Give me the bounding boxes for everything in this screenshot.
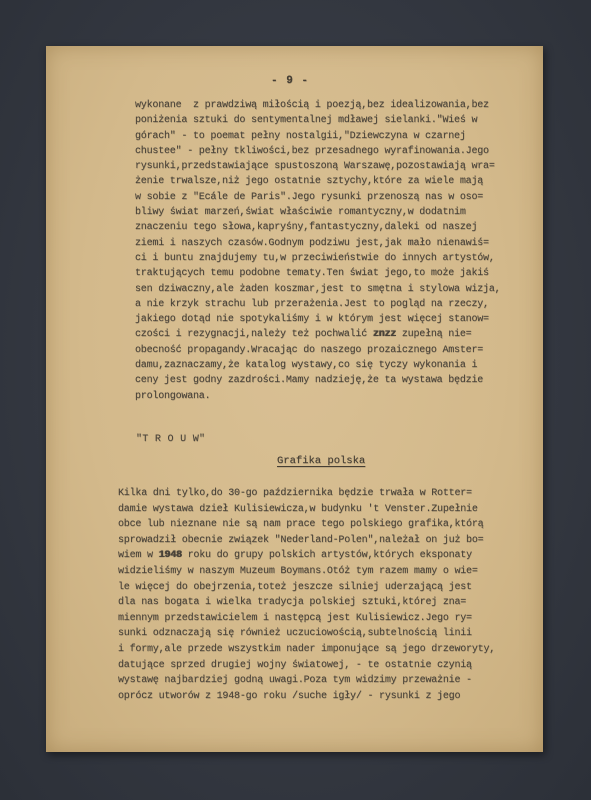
source-label: "T R O U W" <box>136 434 205 445</box>
text-line: jakiego dotąd nie spotykaliśmy i w który… <box>135 312 520 327</box>
text-line: znaczeniu tego słowa,kapryśny,fantastycz… <box>135 220 520 235</box>
text-line: ceny jest godny zazdrości.Mamy nadzieję,… <box>135 373 520 388</box>
text-line: bliwy świat marzeń,świat właściwie roman… <box>135 205 520 220</box>
text-line: datujące sprzed drugiej wojny światowej,… <box>118 658 530 674</box>
text-line: sprowadził obecnie związek "Nederland-Po… <box>118 533 530 549</box>
text-line: i formy,ale przede wszystkim nader impon… <box>118 642 530 658</box>
section-heading: Grafika polska <box>277 455 365 467</box>
text-line: wykonane z prawdziwą miłością i poezją,b… <box>135 98 520 113</box>
page-number: - 9 - <box>271 75 309 87</box>
text-line: ci i buntu znajdujemy tu,w przeciwieństw… <box>135 251 520 266</box>
text-line: sen dziwaczny,ale żaden koszmar,jest to … <box>135 282 520 297</box>
text-line: rysunki,przedstawiające spustoszoną Wars… <box>135 159 520 174</box>
text-line: ziemi i naszych czasów.Godnym podziwu je… <box>135 236 520 251</box>
text-line: górach" - to poemat pełny nostalgii,"Dzi… <box>135 129 520 144</box>
article-1: wykonane z prawdziwą miłością i poezją,b… <box>135 98 520 404</box>
text-line: chustee" - pełny tkliwości,bez przesadne… <box>135 144 520 159</box>
text-line: a nie krzyk strachu lub przerażenia.Jest… <box>135 297 520 312</box>
text-line: traktujących temu podobne tematy.Ten świ… <box>135 266 520 281</box>
text-line: wiem w 1948 roku do grupy polskich artys… <box>118 548 530 564</box>
text-line: miennym przedstawicielem i następcą jest… <box>118 611 530 627</box>
text-line: widzieliśmy w naszym Muzeum Boymans.Otóż… <box>118 564 530 580</box>
text-line: poniżenia sztuki do sentymentalnej mdław… <box>135 113 520 128</box>
photo-background: - 9 - wykonane z prawdziwą miłością i po… <box>0 0 591 800</box>
text-line: sunki odznaczają się również uczuciowośc… <box>118 626 530 642</box>
text-line: damu,zaznaczamy,że katalog wystawy,co si… <box>135 358 520 373</box>
scanned-page: - 9 - wykonane z prawdziwą miłością i po… <box>46 46 543 752</box>
text-line: w sobie z "Ecále de Paris".Jego rysunki … <box>135 190 520 205</box>
text-line: prolongowana. <box>135 389 520 404</box>
text-line: obecność propagandy.Wracając do naszego … <box>135 343 520 358</box>
text-line: wystawę najbardziej godną uwagi.Poza tym… <box>118 673 530 689</box>
text-line: le więcej do obejrzenia,toteż jeszcze si… <box>118 580 530 596</box>
text-line: damie wystawa dzieł Kulisiewicza,w budyn… <box>118 502 530 518</box>
text-line: obce lub nieznane nie są nam prace tego … <box>118 517 530 533</box>
text-line: dla nas bogata i wielka tradycja polskie… <box>118 595 530 611</box>
text-line: Kilka dni tylko,do 30-go października bę… <box>118 486 530 502</box>
text-line: oprócz utworów z 1948-go roku /suche igł… <box>118 689 530 705</box>
text-line: żenie trwalsze,niż jego ostatnie sztychy… <box>135 174 520 189</box>
text-line: czości i rezygnacji,należy też pochwalić… <box>135 327 520 342</box>
article-2: Kilka dni tylko,do 30-go października bę… <box>118 486 530 704</box>
